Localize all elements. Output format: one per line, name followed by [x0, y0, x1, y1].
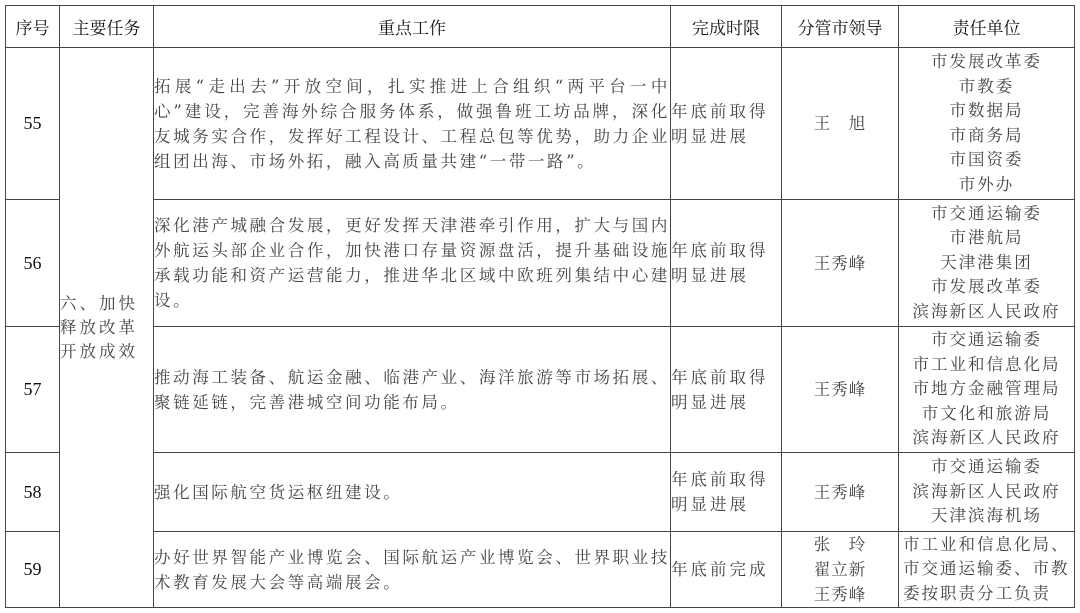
leader-name: 王 旭	[782, 111, 898, 136]
leader-cell: 王秀峰	[782, 327, 899, 453]
leader-name: 王秀峰	[782, 251, 898, 276]
main-task-cell: 六、加快 释放改革 开放成效	[60, 48, 154, 608]
unit-name: 市发展改革委	[899, 50, 1074, 75]
unit-name: 市工业和信息化局	[899, 353, 1074, 378]
main-task-line: 释放改革	[60, 316, 153, 340]
responsible-units: 市工业和信息化局、 市交通运输委、市教 委按职责分工负责	[899, 532, 1075, 608]
unit-name: 滨海新区人民政府	[899, 480, 1074, 505]
row-number: 57	[6, 327, 60, 453]
header-row: 序号 主要任务 重点工作 完成时限 分管市领导 责任单位	[6, 6, 1075, 48]
key-work-text: 深化港产城融合发展，更好发挥天津港牵引作用，扩大与国内外航运头部企业合作，加快港…	[154, 200, 671, 327]
responsible-units: 市交通运输委 市工业和信息化局 市地方金融管理局 市文化和旅游局 滨海新区人民政…	[899, 327, 1075, 453]
unit-name: 天津港集团	[899, 251, 1074, 276]
leader-name: 张 玲	[782, 532, 898, 557]
deadline-text: 年底前取得明显进展	[671, 327, 782, 453]
leader-name: 王秀峰	[782, 480, 898, 505]
main-task-line: 开放成效	[60, 340, 153, 364]
leader-name: 王秀峰	[782, 582, 898, 607]
header-key-work: 重点工作	[154, 6, 671, 48]
unit-name: 市文化和旅游局	[899, 402, 1074, 427]
main-task-line: 六、加快	[60, 292, 153, 316]
table-row: 57 推动海工装备、航运金融、临港产业、海洋旅游等市场拓展、聚链延链，完善港城空…	[6, 327, 1075, 453]
key-work-text: 办好世界智能产业博览会、国际航运产业博览会、世界职业技术教育发展大会等高端展会。	[154, 532, 671, 608]
unit-name: 滨海新区人民政府	[899, 300, 1074, 325]
unit-name: 滨海新区人民政府	[899, 426, 1074, 451]
row-number: 59	[6, 532, 60, 608]
unit-name: 市交通运输委、市教	[903, 557, 1074, 582]
unit-name: 市外办	[899, 173, 1074, 198]
table-row: 59 办好世界智能产业博览会、国际航运产业博览会、世界职业技术教育发展大会等高端…	[6, 532, 1075, 608]
row-number: 58	[6, 453, 60, 532]
responsible-units: 市交通运输委 滨海新区人民政府 天津滨海机场	[899, 453, 1075, 532]
row-number: 56	[6, 200, 60, 327]
leader-name: 王秀峰	[782, 377, 898, 402]
deadline-text: 年底前取得明显进展	[671, 200, 782, 327]
leader-cell: 王秀峰	[782, 453, 899, 532]
unit-name: 市教委	[899, 75, 1074, 100]
unit-name: 市数据局	[899, 99, 1074, 124]
deadline-text: 年底前完成	[671, 532, 782, 608]
table-row: 58 强化国际航空货运枢纽建设。 年底前取得明显进展 王秀峰 市交通运输委 滨海…	[6, 453, 1075, 532]
deadline-text: 年底前取得明显进展	[671, 48, 782, 200]
unit-name: 天津滨海机场	[899, 504, 1074, 529]
task-table: 序号 主要任务 重点工作 完成时限 分管市领导 责任单位 55 六、加快 释放改…	[5, 5, 1075, 608]
leader-cell: 张 玲 翟立新 王秀峰	[782, 532, 899, 608]
key-work-text: 强化国际航空货运枢纽建设。	[154, 453, 671, 532]
leader-name: 翟立新	[782, 557, 898, 582]
unit-name: 市工业和信息化局、	[903, 533, 1074, 558]
header-responsible-units: 责任单位	[899, 6, 1075, 48]
key-work-text: 推动海工装备、航运金融、临港产业、海洋旅游等市场拓展、聚链延链，完善港城空间功能…	[154, 327, 671, 453]
unit-name: 市交通运输委	[899, 328, 1074, 353]
deadline-text: 年底前取得明显进展	[671, 453, 782, 532]
key-work-text: 拓展“走出去”开放空间，扎实推进上合组织“两平台一中心”建设，完善海外综合服务体…	[154, 48, 671, 200]
header-deadline: 完成时限	[671, 6, 782, 48]
unit-name: 市交通运输委	[899, 455, 1074, 480]
unit-name: 市商务局	[899, 124, 1074, 149]
table-row: 55 六、加快 释放改革 开放成效 拓展“走出去”开放空间，扎实推进上合组织“两…	[6, 48, 1075, 200]
leader-cell: 王 旭	[782, 48, 899, 200]
responsible-units: 市发展改革委 市教委 市数据局 市商务局 市国资委 市外办	[899, 48, 1075, 200]
unit-name: 市国资委	[899, 148, 1074, 173]
unit-name: 市交通运输委	[899, 202, 1074, 227]
header-number: 序号	[6, 6, 60, 48]
header-leader: 分管市领导	[782, 6, 899, 48]
responsible-units: 市交通运输委 市港航局 天津港集团 市发展改革委 滨海新区人民政府	[899, 200, 1075, 327]
leader-cell: 王秀峰	[782, 200, 899, 327]
row-number: 55	[6, 48, 60, 200]
header-main-task: 主要任务	[60, 6, 154, 48]
unit-name: 市发展改革委	[899, 275, 1074, 300]
unit-name: 市地方金融管理局	[899, 377, 1074, 402]
unit-name: 委按职责分工负责	[903, 582, 1074, 607]
table-row: 56 深化港产城融合发展，更好发挥天津港牵引作用，扩大与国内外航运头部企业合作，…	[6, 200, 1075, 327]
unit-name: 市港航局	[899, 226, 1074, 251]
